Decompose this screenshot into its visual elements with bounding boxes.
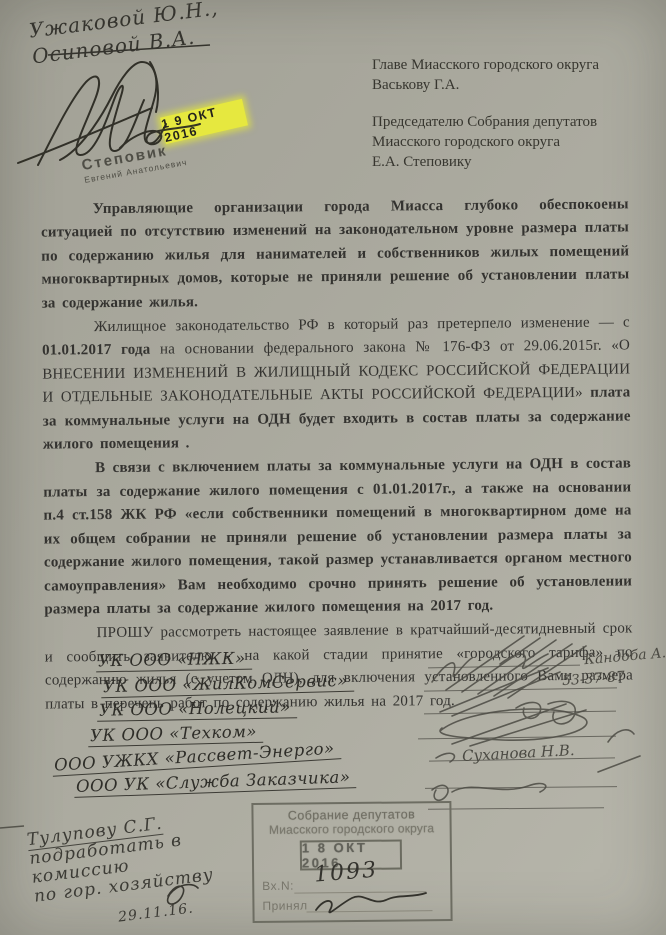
signature-line: [425, 786, 617, 789]
stamp-in-label: Вх.N:: [262, 879, 294, 893]
highlighted-date-stamp: 1 9 ОКТ 2016: [160, 99, 248, 144]
paragraph-1: Управляющие организации города Миасса гл…: [41, 193, 630, 315]
spacer: [372, 95, 599, 112]
signatory-company-3: УК ООО «Нолецкий»: [97, 697, 297, 721]
incoming-number-handwritten: 1093: [313, 858, 379, 888]
recipient-line: Е.А. Степовику: [372, 152, 599, 172]
stamp-in-line: [294, 891, 426, 893]
recipient-line: Председателю Собрания депутатов: [372, 112, 599, 132]
recipient-line: Миасского городского округа: [372, 132, 599, 152]
chairman-name-stamp: Степовик Евгений Анатольевич: [80, 139, 188, 185]
handwritten-addressees-note: Ужаковой Ю.Н., Осиповой В.А.: [28, 0, 223, 69]
signature-line: [428, 807, 604, 810]
stamp-org-line-2: Миасского городского округа: [254, 821, 450, 837]
resolution-date: 29.11.16.: [117, 900, 194, 925]
date-stamp-text: 1 9 ОКТ 2016: [160, 98, 248, 144]
resolution-note: Тулупову С.Г. подработать в комиссию по …: [26, 809, 215, 906]
paragraph-3: В связи с включением платы за коммунальн…: [43, 453, 632, 622]
recipient-line: Васькову Г.А.: [372, 75, 599, 95]
scanned-letter-page: Ужаковой Ю.Н., Осиповой В.А. 1 9 ОКТ 201…: [0, 0, 666, 935]
letter-body: Управляющие организации города Миасса гл…: [41, 193, 634, 717]
signatory-company-1: УК ООО «НЖК»: [96, 649, 252, 673]
edge-pencil-line: [0, 826, 24, 828]
paragraph-2-bold-date: 01.01.2017 года: [42, 342, 151, 359]
signature-line: [418, 736, 616, 740]
paragraph-2-text: Жилищное законодательство РФ в который р…: [94, 314, 630, 335]
recipient-line: Главе Миасского городского округа: [372, 55, 599, 75]
reception-stamp: Собрание депутатов Миасского городского …: [251, 801, 452, 923]
stamp-received-line: [307, 910, 433, 912]
signatory-company-4: УК ООО «Техком»: [88, 722, 263, 748]
stamp-received-label: Принял: [262, 898, 307, 912]
paragraph-2: Жилищное законодательство РФ в который р…: [42, 311, 631, 457]
second-name-handwritten: Суханова Н.В.: [462, 741, 575, 765]
recipients-block: Главе Миасского городского округа Васько…: [372, 55, 599, 172]
